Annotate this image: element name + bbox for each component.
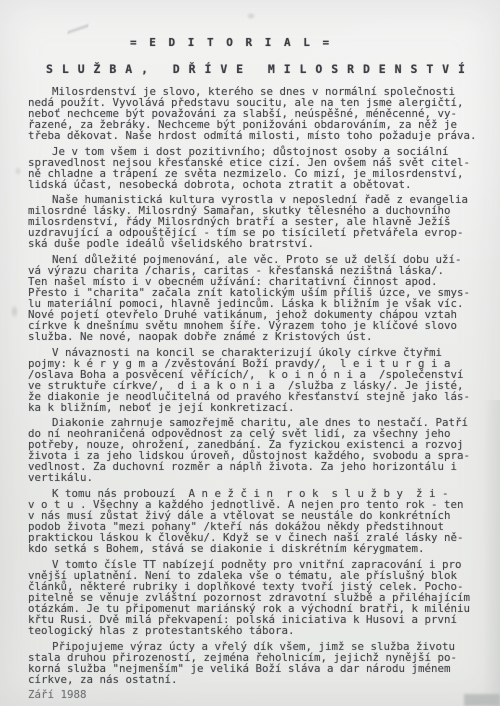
- page-title: S L U Ž B A , D Ř Í V E M I L O S R D E …: [46, 62, 466, 76]
- editorial-body: Milosrdenství je slovo, kterého se dnes …: [28, 86, 490, 700]
- paragraph: K tomu nás probouzí A n e ž č i n r o k …: [28, 488, 490, 554]
- text-line: ská duše podle ideálů všelidského bratrs…: [28, 238, 490, 249]
- paragraph: Připojujeme výraz úcty a vřelý dík všem,…: [28, 641, 490, 685]
- text-line: třeba děkovat. Naše hrdost odmítá milost…: [28, 130, 490, 141]
- scan-speck: [14, 166, 22, 176]
- text-line: teologický hlas z protestantského tábora…: [28, 625, 490, 636]
- pencil-mark: [67, 14, 90, 44]
- text-line: korná služba "nejmenším" je veliká Boží …: [28, 663, 490, 674]
- paragraph: Milosrdenství je slovo, kterého se dnes …: [28, 86, 490, 141]
- text-line: Připojujeme výraz úcty a vřelý dík všem,…: [28, 641, 490, 652]
- scan-speck: [10, 304, 19, 319]
- text-line: služba. Ne nové, naopak dobře známé z Kr…: [28, 331, 490, 342]
- text-line: ka k bližním, neboť je její konkretizací…: [28, 402, 490, 413]
- date-line: Září 1988: [28, 689, 490, 700]
- text-line: lidská účast, nesobecká dobrota, ochota …: [28, 179, 490, 190]
- paragraph: Je v tom všem i dost pozitivního; důstoj…: [28, 146, 490, 190]
- paragraph: V tomto čísle TT nabízejí podněty pro vn…: [28, 559, 490, 636]
- paragraph: Naše humanistická kultura vyrostla v nep…: [28, 194, 490, 249]
- text-line: vedlnost. Za duchovní rozměr a náplň živ…: [28, 461, 490, 472]
- text-line: vertikálu.: [28, 472, 490, 483]
- scan-speck: [246, 12, 256, 20]
- paragraph: V návaznosti na koncil se charakterizují…: [28, 347, 490, 413]
- text-line: stala druhou přirozeností, zejména řehol…: [28, 652, 490, 663]
- editorial-kicker: = E D I T O R I A L =: [130, 36, 332, 49]
- paragraph: Není důležité pojmenování, ale věc. Prot…: [28, 254, 490, 342]
- paragraph: Diakonie zahrnuje samozřejmě charitu, al…: [28, 417, 490, 483]
- text-line: kdo setká s Bohem, stává se diakonie i d…: [28, 543, 490, 554]
- text-line: církve, za nás ostatní.: [28, 674, 490, 685]
- scanned-page: = E D I T O R I A L = S L U Ž B A , D Ř …: [0, 0, 500, 706]
